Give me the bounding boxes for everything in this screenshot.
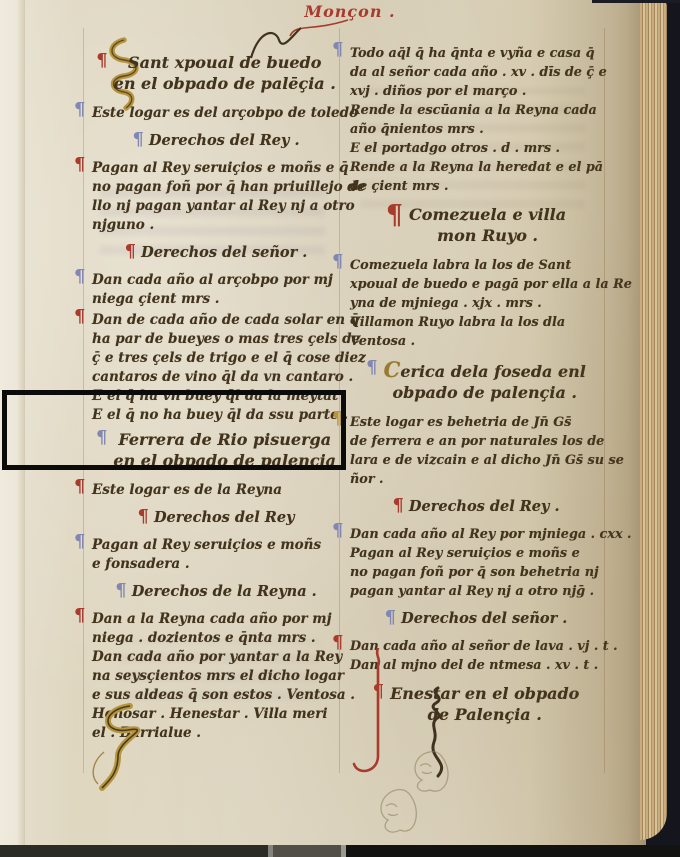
manuscript-lines: Comezuela e villamon Ruyo . (409, 204, 566, 246)
manuscript-line: ñor . (350, 470, 602, 489)
manuscript-line: mon Ruyo . (409, 225, 566, 246)
manuscript-line: xvj . diños por el março . (350, 82, 602, 101)
manuscript-block: ¶Derechos del Rey . (92, 131, 340, 150)
manuscript-lines: Cerica dela foseda enlobpado de palençia… (384, 359, 586, 403)
manuscript-block: ¶Derechos del señor . (350, 609, 602, 628)
manuscript-line: de Palençia . (390, 704, 579, 725)
paraph-mark-icon: ¶ (74, 533, 85, 551)
paraph-mark-icon: ¶ (332, 634, 343, 652)
manuscript-column-right: ¶Todo aq̄l q̄ ha q̄nta e vyña e casa q̄d… (350, 44, 602, 735)
manuscript-line: pagan yantar al Rey nj a otro njḡ . (350, 582, 602, 601)
manuscript-line: Este logar es del arçobpo de toledo (92, 104, 340, 123)
paraph-mark-icon: ¶ (74, 268, 85, 286)
bottom-bar-segment (0, 845, 268, 857)
scan-border-top (592, 0, 680, 3)
manuscript-line: cantaros de vino q̄l da vn cantaro . (92, 368, 340, 387)
manuscript-line: llo nj pagan yantar al Rey nj a otro (92, 197, 340, 216)
scan-border-bottom (0, 845, 680, 857)
manuscript-lines: Comezuela labra la los de Santxpoual de … (350, 256, 602, 351)
manuscript-lines: Derechos del Rey . (409, 497, 560, 516)
manuscript-line: obpado de palençia . (384, 382, 586, 403)
manuscript-line: Dan cada año por yantar a la Rey (92, 648, 340, 667)
manuscript-line: Derechos del Rey . (149, 131, 300, 150)
manuscript-block: ¶Este logar es behetria de Jn̄ Gs̄de fer… (350, 413, 602, 489)
manuscript-line: niega çient mrs . (92, 290, 340, 309)
highlight-rectangle (2, 390, 346, 470)
manuscript-line: lara e de vizcain e al dicho Jn̄ Gs̄ su … (350, 451, 602, 470)
manuscript-lines: Dan cada año al arçobpo por mjniega çien… (92, 271, 340, 309)
manuscript-block: ¶Dan cada año al Rey por mjniega . cxx .… (350, 525, 602, 601)
manuscript-lines: Derechos de la Reyna . (132, 582, 317, 601)
manuscript-line: en el obpado de palēçia . (114, 73, 336, 94)
manuscript-line: Rende a la Reyna la heredat e el pā (350, 158, 602, 177)
manuscript-line: de çient mrs . (350, 177, 602, 196)
manuscript-lines: Sant xpoual de buedoen el obpado de palē… (114, 52, 336, 94)
manuscript-line: no pagan foñ por q̄ han priuillejo de (92, 178, 340, 197)
paraph-mark-icon: ¶ (132, 131, 143, 150)
manuscript-block: ¶Derechos del Rey . (350, 497, 602, 516)
running-title: Monçon . (250, 2, 450, 21)
manuscript-block: ¶Cerica dela foseda enlobpado de palençi… (350, 359, 602, 403)
manuscript-line: Rende la escūania a la Reyna cada (350, 101, 602, 120)
manuscript-line: Pagan al Rey seruiçios e moñs e (350, 544, 602, 563)
manuscript-line: ha par de bueyes o mas tres çels de (92, 330, 340, 349)
bottom-bar-segment (273, 845, 341, 857)
paraph-mark-icon: ¶ (392, 497, 403, 516)
manuscript-line: Este logar es behetria de Jn̄ Gs̄ (350, 413, 602, 432)
column-guide-line (604, 28, 605, 773)
manuscript-line: e fonsadera . (92, 555, 340, 574)
manuscript-block: ¶Dan cada año al señor de lava . vj . t … (350, 637, 602, 675)
paraph-mark-icon: ¶ (373, 683, 384, 725)
manuscript-line: año q̄nientos mrs . (350, 120, 602, 139)
paraph-mark-icon: ¶ (74, 308, 85, 326)
manuscript-block: ¶Derechos del señor . (92, 243, 340, 262)
manuscript-lines: Derechos del Rey . (149, 131, 300, 150)
manuscript-line: Todo aq̄l q̄ ha q̄nta e vyña e casa q̄ (350, 44, 602, 63)
manuscript-line: Derechos del señor . (141, 243, 307, 262)
manuscript-line: e sus aldeas q̄ son estos . Ventosa . (92, 686, 340, 705)
manuscript-line: Dan al mjno del de ntmesa . xv . t . (350, 656, 602, 675)
manuscript-line: Cerica dela foseda enl (384, 359, 586, 382)
manuscript-line: Derechos del señor . (401, 609, 567, 628)
manuscript-line: Derechos del Rey (154, 508, 295, 527)
manuscript-block: ¶Dan cada año al arçobpo por mjniega çie… (92, 271, 340, 309)
manuscript-line: el . Barrialue . (92, 724, 340, 743)
manuscript-block: ¶Pagan al Rey seruiçios e moñse fonsader… (92, 536, 340, 574)
running-title-flourish-icon (288, 18, 358, 40)
manuscript-line: xpoual de buedo e pagā por ella a la Re (350, 275, 602, 294)
paraph-mark-icon: ¶ (332, 253, 343, 271)
paraph-mark-icon: ¶ (74, 101, 85, 119)
bottom-bar-segment (346, 845, 680, 857)
manuscript-lines: Derechos del Rey (154, 508, 295, 527)
manuscript-line: njguno . (92, 216, 340, 235)
manuscript-lines: Este logar es del arçobpo de toledo (92, 104, 340, 123)
manuscript-line: Derechos de la Reyna . (132, 582, 317, 601)
manuscript-line: Dan a la Reyna cada año por mj (92, 610, 340, 629)
manuscript-block: ¶Enestar en el obpadode Palençia . (350, 683, 602, 725)
manuscript-block: ¶Derechos del Rey (92, 508, 340, 527)
manuscript-block: ¶Este logar es del arçobpo de toledo (92, 104, 340, 123)
manuscript-line: niega . dozientos e q̄nta mrs . (92, 629, 340, 648)
manuscript-lines: Este logar es de la Reyna (92, 481, 340, 500)
manuscript-lines: Derechos del señor . (401, 609, 567, 628)
paraph-mark-icon: ¶ (366, 359, 377, 403)
manuscript-line: ç̄ e tres çels de trigo e el q̄ cose die… (92, 349, 340, 368)
paraph-mark-icon: ¶ (74, 156, 85, 174)
manuscript-line: Pagan al Rey seruiçios e moñs e q̄ (92, 159, 340, 178)
manuscript-line: Enestar en el obpado (390, 683, 579, 704)
manuscript-block: ¶Todo aq̄l q̄ ha q̄nta e vyña e casa q̄d… (350, 44, 602, 196)
manuscript-block: ¶Comezuela e villamon Ruyo . (350, 204, 602, 246)
manuscript-lines: Dan a la Reyna cada año por mjniega . do… (92, 610, 340, 743)
paraph-mark-icon: ¶ (385, 609, 396, 628)
paraph-mark-icon: ¶ (125, 243, 136, 262)
manuscript-line: Dan cada año al Rey por mjniega . cxx . (350, 525, 602, 544)
manuscript-line: Derechos del Rey . (409, 497, 560, 516)
manuscript-line: Dan de cada año de cada solar en q̄ (92, 311, 340, 330)
manuscript-line: Sant xpoual de buedo (114, 52, 336, 73)
manuscript-lines: Todo aq̄l q̄ ha q̄nta e vyña e casa q̄da… (350, 44, 602, 196)
page-edges-strip (640, 2, 667, 840)
manuscript-line: da al señor cada año . xv . dīs de ç̄ e (350, 63, 602, 82)
paraph-mark-icon: ¶ (138, 508, 149, 527)
manuscript-block: ¶Dan a la Reyna cada año por mjniega . d… (92, 610, 340, 743)
manuscript-line: Comezuela e villa (409, 204, 566, 225)
manuscript-line: Dan cada año al arçobpo por mj (92, 271, 340, 290)
paraph-mark-icon: ¶ (96, 52, 107, 94)
paraph-mark-icon: ¶ (386, 204, 403, 246)
paraph-mark-icon: ¶ (332, 522, 343, 540)
manuscript-lines: Este logar es behetria de Jn̄ Gs̄de ferr… (350, 413, 602, 489)
manuscript-line: Dan cada año al señor de lava . vj . t . (350, 637, 602, 656)
face-doodle-icon (368, 748, 464, 844)
manuscript-line: Comezuela labra la los de Sant (350, 256, 602, 275)
manuscript-line: Villamon Ruyo labra la los dla (350, 313, 602, 332)
paraph-mark-icon: ¶ (332, 41, 343, 59)
manuscript-line: de ferrera e an por naturales los de (350, 432, 602, 451)
manuscript-lines: Dan cada año al Rey por mjniega . cxx .P… (350, 525, 602, 601)
manuscript-line: no pagan foñ por q̄ son behetria nj (350, 563, 602, 582)
manuscript-lines: Dan cada año al señor de lava . vj . t .… (350, 637, 602, 675)
manuscript-line: yna de mjniega . xjx . mrs . (350, 294, 602, 313)
manuscript-line: Este logar es de la Reyna (92, 481, 340, 500)
manuscript-line: E el portadgo otros . d . mrs . (350, 139, 602, 158)
manuscript-block: ¶Comezuela labra la los de Santxpoual de… (350, 256, 602, 351)
manuscript-line: Henosar . Henestar . Villa meri (92, 705, 340, 724)
manuscript-block: ¶Sant xpoual de buedoen el obpado de pal… (92, 52, 340, 94)
manuscript-block: ¶Pagan al Rey seruiçios e moñs e q̄no pa… (92, 159, 340, 235)
manuscript-line: na seysçientos mrs el dicho logar (92, 667, 340, 686)
manuscript-lines: Enestar en el obpadode Palençia . (390, 683, 579, 725)
manuscript-line: Ventosa . (350, 332, 602, 351)
manuscript-lines: Pagan al Rey seruiçios e moñs e q̄no pag… (92, 159, 340, 235)
manuscript-lines: Pagan al Rey seruiçios e moñse fonsadera… (92, 536, 340, 574)
manuscript-line: Pagan al Rey seruiçios e moñs (92, 536, 340, 555)
manuscript-lines: Derechos del señor . (141, 243, 307, 262)
paraph-mark-icon: ¶ (115, 582, 126, 601)
manuscript-block: ¶Este logar es de la Reyna (92, 481, 340, 500)
paraph-mark-icon: ¶ (74, 478, 85, 496)
manuscript-block: ¶Derechos de la Reyna . (92, 582, 340, 601)
paraph-mark-icon: ¶ (74, 607, 85, 625)
